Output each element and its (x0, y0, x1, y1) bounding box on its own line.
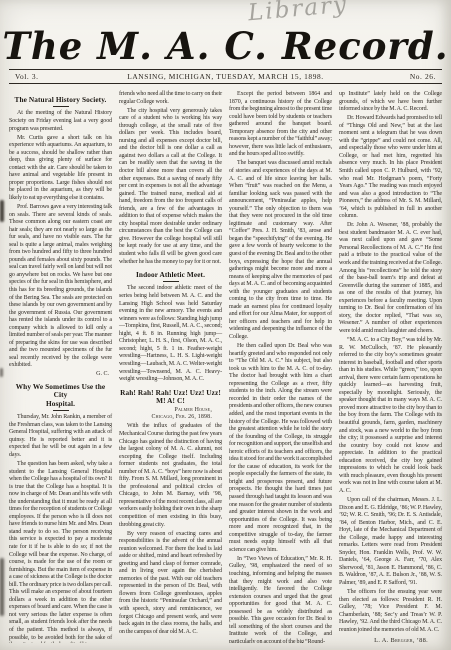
scan-artifact (0, 200, 4, 222)
article-paragraph: The second indoor athletic meet of the s… (119, 285, 222, 383)
article-heading: Rah! Rah! Rah! Uzz! Uzz! Uzz! M! A! C! (119, 389, 222, 406)
article-paragraph: At the meeting of the Natural History So… (9, 110, 112, 133)
column-4: up Institute” lately held on the College… (339, 91, 442, 643)
article-paragraph: The banquet was discussed amid recitals … (229, 160, 332, 341)
scan-artifact (0, 368, 3, 377)
article-initials: G. C. (9, 371, 112, 379)
newspaper-page: Library The M. A. C. Record. Vol. 3. LAN… (0, 0, 451, 650)
article-paragraph: Prof. Barrows gave a very interesting ta… (9, 204, 112, 370)
article-paragraph: Dr. Howard Edwards had promised to tell … (339, 115, 442, 221)
article-heading: Indoor Athletic Meet. (119, 271, 222, 279)
scan-artifact (0, 558, 4, 616)
article-paragraph: With the influx of graduates of the Mech… (119, 423, 222, 529)
heading-divider (163, 281, 179, 282)
volume-label: Vol. 3. (15, 72, 75, 81)
article-paragraph: The officers for the ensuing year were t… (339, 589, 442, 634)
heading-divider (53, 106, 69, 107)
column-3: Except the period between 1864 and 1870,… (229, 91, 332, 643)
column-1: The Natural History Society.At the meeti… (9, 91, 112, 643)
article-signature: L. A. Bregger, ’88. (339, 637, 442, 643)
column-2: friends who need all the time to carry o… (119, 91, 222, 643)
article-paragraph: friends who need all the time to carry o… (119, 91, 222, 106)
masthead-title: The M. A. C. Record. (0, 27, 451, 65)
article-paragraph: up Institute” lately held on the College… (339, 91, 442, 114)
article-paragraph: Mr. Curtis gave a short talk on his expe… (9, 135, 112, 203)
article-paragraph: Dr. John A. Wesener, ’88, probably the b… (339, 222, 442, 335)
article-paragraph: In “Two Views of Education,” Mr. R. H. G… (229, 556, 332, 643)
dateline-bar: Vol. 3. LANSING, MICHIGAN, TUESDAY, MARC… (9, 69, 442, 84)
article-paragraph: The city hospital very generously takes … (119, 108, 222, 266)
article-paragraph: Upon call of the chairman, Messrs. J. L.… (339, 497, 442, 588)
article-paragraph: Except the period between 1864 and 1870,… (229, 91, 332, 159)
handwritten-library-note: Library (247, 0, 349, 26)
article-byline: Palmer House, Chicago, Feb. 26, 1898. (119, 407, 222, 421)
article-paragraph: The question has been asked, why take a … (9, 461, 112, 643)
article-paragraph: “M. A. C. to a City Boy,” was told by Mr… (339, 337, 442, 495)
issue-number: No. 26. (376, 72, 436, 81)
article-paragraph: He then called upon Dr. Beal who was hea… (229, 343, 332, 554)
heading-divider (53, 410, 69, 411)
article-paragraph: Thursday, Mr. John Rankin, a member of t… (9, 414, 112, 459)
article-paragraph: By very reason of exacting cares and res… (119, 531, 222, 637)
article-heading: Why We Sometimes Use the City Hospital. (9, 383, 112, 408)
dateline-text: LANSING, MICHIGAN, TUESDAY, MARCH 15, 18… (75, 72, 376, 81)
article-heading: The Natural History Society. (9, 96, 112, 104)
article-columns: The Natural History Society.At the meeti… (0, 84, 451, 643)
